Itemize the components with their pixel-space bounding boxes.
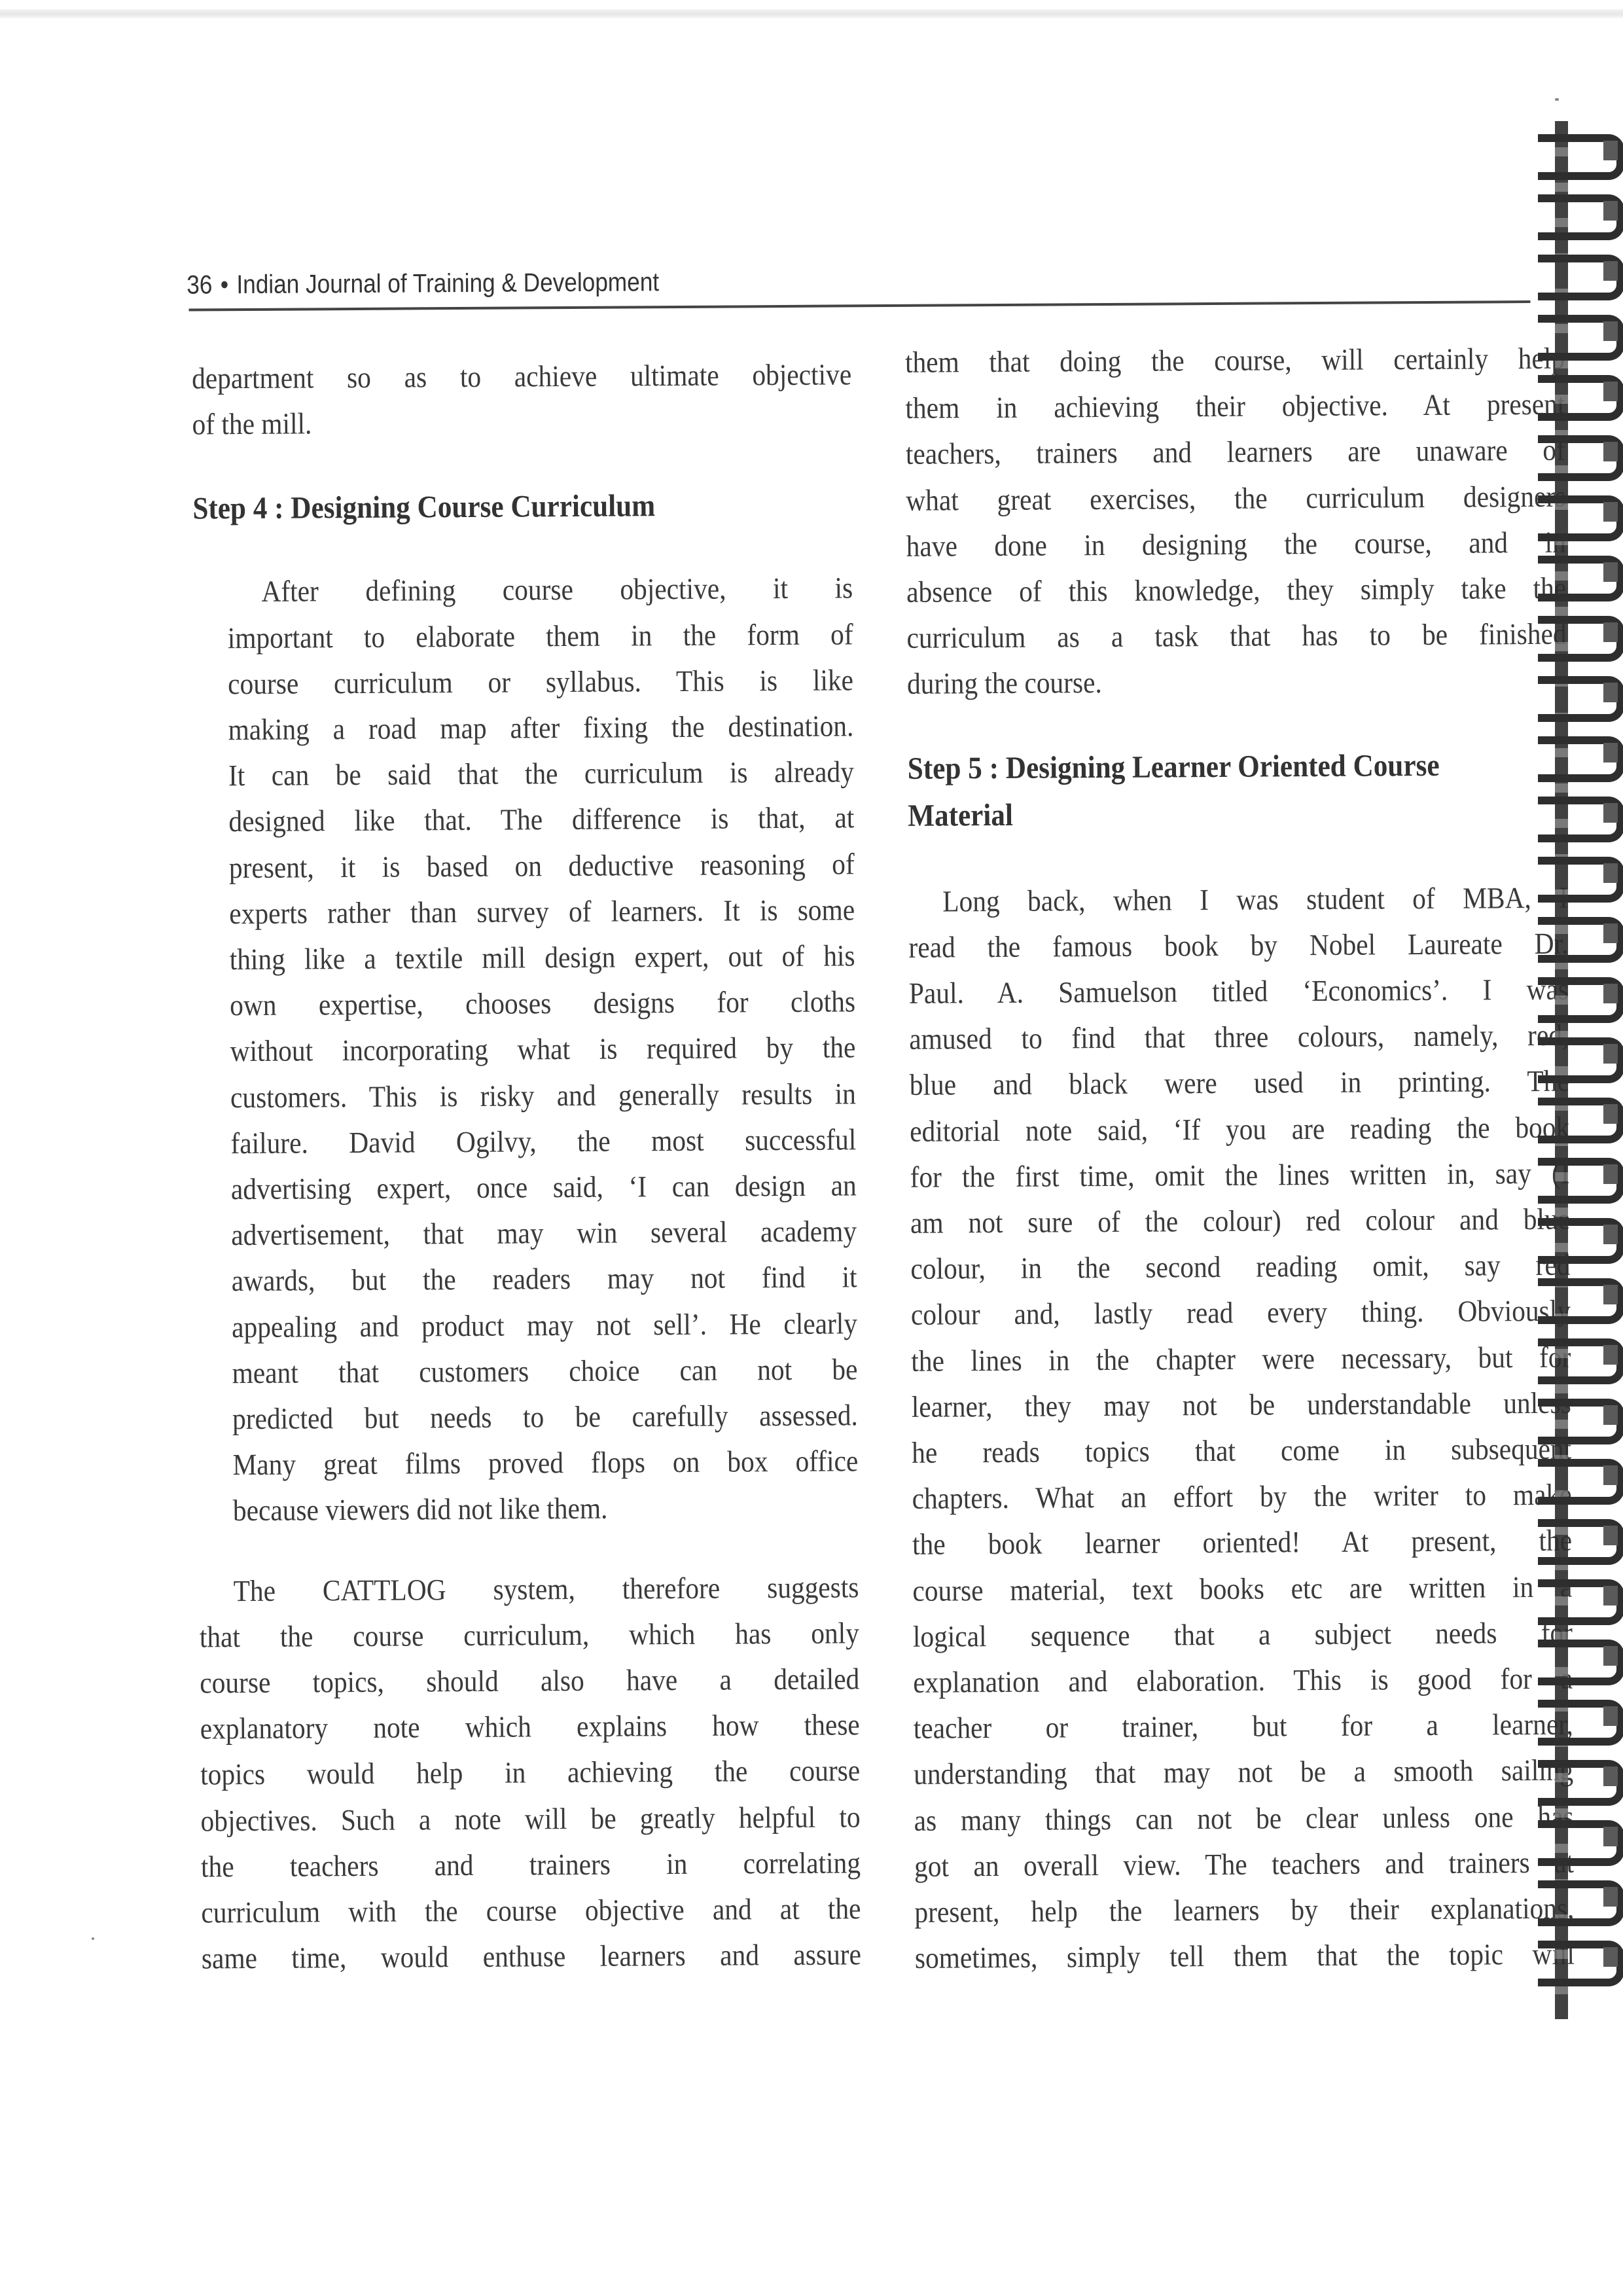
page-number: 36 [187,270,212,299]
binding-ring-icon [1538,616,1623,656]
bullet-separator: • [221,270,229,299]
binding-ring-icon [1538,1158,1623,1198]
text-line: making a road map after fixing the desti… [194,703,853,753]
binding-ring-icon [1538,977,1623,1018]
scan-speck [92,1937,94,1940]
text-line: Paul. A. Samuelson titled ‘Economics’. I… [909,967,1569,1016]
text-line: the lines in the chapter were necessary,… [911,1334,1571,1384]
binding-ring-icon [1538,255,1623,295]
text-line: failure. David Ogilvy, the most successf… [196,1117,856,1166]
text-line: read the famous book by Nobel Laureate D… [908,921,1568,971]
text-line: designed like that. The difference is th… [194,795,854,845]
binding-ring-icon [1538,495,1623,536]
paragraph-step4: After defining course objective, it is i… [193,565,859,1534]
text-line: absence of this knowledge, they simply t… [906,565,1566,615]
running-head: 36•Indian Journal of Training & Developm… [187,268,659,300]
text-line: Long back, when I was student of MBA, I [908,874,1568,924]
binding-ring-icon [1538,556,1623,596]
text-line: curriculum with the course objective and… [201,1886,861,1935]
paragraph-continued-right: them that doing the course, will certain… [905,336,1567,708]
binding-ring-icon [1538,1941,1623,1981]
binding-ring-icon [1538,1399,1623,1439]
text-line: during the course. [907,657,1567,707]
header-rule [188,300,1530,312]
binding-ring-icon [1538,1820,1623,1861]
binding-ring-icon [1538,1519,1623,1560]
text-line: After defining course objective, it is [193,565,853,615]
text-line: blue and black were used in printing. Th… [910,1058,1569,1108]
binding-ring-icon [1538,315,1623,355]
text-line: present, it is based on deductive reason… [194,841,854,891]
text-line: chapters. What an effort by the writer t… [912,1472,1571,1522]
text-line: am not sure of the colour) red colour an… [910,1196,1570,1246]
binding-ring-icon [1538,1278,1623,1319]
text-line: of the mill. [192,398,851,448]
text-line: got an overall view. The teachers and tr… [914,1840,1574,1890]
text-line: thing like a textile mill design expert,… [195,933,855,982]
text-line: predicted but needs to be carefully asse… [198,1392,858,1442]
journal-page: 36•Indian Journal of Training & Developm… [0,0,1623,2296]
binding-ring-icon [1538,676,1623,717]
text-line: present, help the learners by their expl… [914,1886,1574,1935]
binding-ring-icon [1538,1880,1623,1921]
paragraph-step5: Long back, when I was student of MBA, I … [908,874,1575,1981]
text-line: logical sequence that a subject needs fo… [913,1610,1573,1660]
binding-ring-icon [1538,1338,1623,1379]
heading-line: Step 5 : Designing Learner Oriented Cour… [908,741,1567,792]
binding-ring-icon [1538,1579,1623,1620]
text-line: without incorporating what is required b… [196,1025,855,1075]
spiral-binding [1538,121,1623,2019]
binding-ring-icon [1538,194,1623,235]
text-line: amused to find that three colours, namel… [909,1013,1569,1062]
binding-ring-icon [1538,1700,1623,1740]
text-line: own expertise, chooses designs for cloth… [196,979,855,1029]
text-line: that the course curriculum, which has on… [200,1610,859,1660]
text-line: objectives. Such a note will be greatly … [200,1794,860,1844]
text-line: what great exercises, the curriculum des… [906,473,1565,523]
paragraph-continued: department so as to achieve ultimate obj… [192,351,852,448]
text-line: experts rather than survey of learners. … [195,887,855,937]
binding-ring-icon [1538,917,1623,958]
binding-ring-icon [1538,1037,1623,1078]
text-line: them that doing the course, will certain… [905,336,1565,386]
text-line: Many great films proved flops on box off… [198,1439,858,1488]
text-line: curriculum as a task that has to be fini… [906,611,1566,661]
binding-ring-icon [1538,1098,1623,1138]
text-line: advertising expert, once said, ‘I can de… [196,1162,856,1212]
text-line: colour, in the second reading omit, say … [910,1242,1570,1292]
text-line: course curriculum or syllabus. This is l… [194,657,853,707]
text-line: important to elaborate them in the form … [193,611,853,661]
binding-ring-icon [1538,1640,1623,1680]
text-line: for the first time, omit the lines writt… [910,1151,1569,1200]
journal-title: Indian Journal of Training & Development [236,268,659,299]
binding-ring-icon [1538,857,1623,897]
text-line: colour and, lastly read every thing. Obv… [911,1288,1571,1338]
text-line: teacher or trainer, but for a learner, [914,1702,1573,1751]
text-line: awards, but the readers may not find it [197,1255,857,1304]
text-line: explanation and elaboration. This is goo… [913,1656,1573,1706]
text-line: customers. This is risky and generally r… [196,1071,856,1121]
text-line: advertisement, that may win several acad… [197,1209,857,1259]
scan-speck [1555,98,1559,101]
heading-line: Material [908,788,1567,839]
section-heading-step4: Step 4 : Designing Course Curriculum [192,482,852,533]
text-line: have done in designing the course, and i… [906,520,1566,569]
text-line: the teachers and trainers in correlating [201,1840,861,1890]
text-line: meant that customers choice can not be [198,1346,857,1396]
text-line: topics would help in achieving the cours… [200,1748,860,1798]
text-line: same time, would enthuse learners and as… [202,1932,861,1982]
section-heading-step5: Step 5 : Designing Learner Oriented Cour… [908,741,1568,839]
text-line: learner, they may not be understandable … [912,1380,1571,1430]
text-line: understanding that may not be a smooth s… [914,1748,1573,1797]
text-line: department so as to achieve ultimate obj… [192,351,851,401]
binding-ring-icon [1538,1760,1623,1801]
text-line: appealing and product may not sell’. He … [198,1300,857,1350]
binding-ring-icon [1538,375,1623,416]
paragraph-cattlog: The CATTLOG system, therefore suggests t… [199,1564,861,1982]
binding-ring-icon [1538,797,1623,837]
text-line: explanatory note which explains how thes… [200,1702,860,1752]
text-line: sometimes, simply tell them that the top… [915,1931,1575,1981]
binding-ring-icon [1538,435,1623,476]
text-line: as many things can not be clear unless o… [914,1793,1573,1843]
binding-ring-icon [1538,736,1623,777]
binding-ring-icon [1538,134,1623,175]
left-column: department so as to achieve ultimate obj… [192,351,861,1982]
binding-ring-icon [1538,1459,1623,1499]
text-line: editorial note said, ‘If you are reading… [910,1104,1569,1154]
text-line: them in achieving their objective. At pr… [905,382,1565,431]
binding-ring-icon [1538,1218,1623,1259]
text-line: teachers, trainers and learners are unaw… [906,427,1565,477]
text-line: he reads topics that come in subsequent [912,1426,1571,1476]
text-line: the book learner oriented! At present, t… [912,1518,1572,1568]
text-line: course topics, should also have a detail… [200,1656,859,1706]
right-column: them that doing the course, will certain… [905,336,1575,1982]
text-line: because viewers did not like them. [198,1484,858,1534]
text-line: course material, text books etc are writ… [912,1564,1572,1613]
text-line: It can be said that the curriculum is al… [194,749,854,799]
text-line: The CATTLOG system, therefore suggests [199,1564,859,1614]
